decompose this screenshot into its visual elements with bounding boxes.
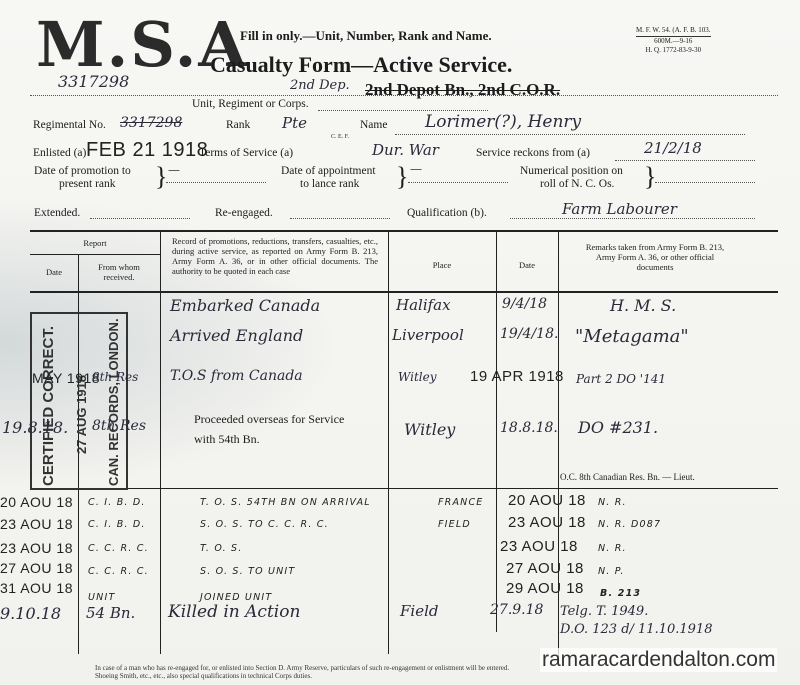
nco-label-2: roll of N. C. Os. bbox=[540, 178, 614, 190]
row-record: S. O. S. TO C. C. R. C. bbox=[200, 519, 329, 530]
name-value: Lorimer(?), Henry bbox=[425, 112, 581, 132]
row-date2: 23 AOU 18 bbox=[500, 538, 578, 555]
row-place-kia: Field bbox=[400, 602, 438, 620]
remarks-oc-signature: O.C. 8th Canadian Res. Bn. — Lieut. bbox=[560, 472, 695, 482]
header-date2: Date bbox=[498, 260, 556, 270]
row-record: T. O. S. 54TH BN ON ARRIVAL bbox=[200, 497, 371, 508]
date-arrived: 19/4/18. bbox=[500, 326, 558, 342]
record-tos-canada: T.O.S from Canada bbox=[170, 368, 303, 384]
promotion-value: — bbox=[168, 163, 180, 177]
name-dots bbox=[395, 134, 745, 135]
appointment-value: — bbox=[410, 162, 422, 176]
row-date2: 29 AOU 18 bbox=[506, 580, 584, 597]
row-from: C. C. R. C. bbox=[88, 566, 149, 577]
unit-handwritten: 2nd Dep. bbox=[290, 78, 350, 93]
unit-label: Unit, Regiment or Corps. bbox=[192, 98, 309, 110]
nco-label-1: Numerical position on bbox=[520, 165, 623, 177]
row-date: 27 AOU 18 bbox=[0, 560, 73, 576]
appointment-label-2: to lance rank bbox=[300, 178, 359, 190]
appointment-dots bbox=[408, 182, 508, 183]
from-8th-res: 8th Res bbox=[92, 370, 138, 384]
date-embarked: 9/4/18 bbox=[502, 296, 547, 312]
remarks-hms: H. M. S. bbox=[610, 296, 676, 315]
header-from-whom: From whom received. bbox=[82, 262, 156, 282]
record-embarked: Embarked Canada bbox=[170, 296, 320, 315]
row-remarks-do123: D.O. 123 d/ 11.10.1918 bbox=[560, 622, 712, 637]
divider bbox=[30, 95, 778, 96]
row-from-kia: 54 Bn. bbox=[86, 604, 135, 622]
date-19-apr-1918: 19 APR 1918 bbox=[470, 368, 564, 385]
unit-dots bbox=[318, 110, 488, 111]
name-label: Name bbox=[360, 119, 387, 131]
qualification-label: Qualification (b). bbox=[407, 207, 487, 219]
row-remarks-kia: Telg. T. 1949. bbox=[560, 604, 648, 619]
row-remarks: N. R. bbox=[598, 497, 627, 508]
row-remarks: N. R. bbox=[598, 543, 627, 554]
footnote-line1: In case of a man who has re-engaged for,… bbox=[95, 664, 509, 672]
enlisted-stamp: FEB 21 1918 bbox=[86, 139, 208, 162]
service-reckons-label: Service reckons from (a) bbox=[476, 147, 590, 159]
promotion-label-1: Date of promotion to bbox=[34, 165, 131, 177]
row-remarks: B. 213 bbox=[600, 588, 641, 599]
reengaged-dots bbox=[290, 218, 390, 219]
stamp-line3: CAN. RECORDS, LONDON. bbox=[106, 318, 121, 486]
form-title: Casualty Form—Active Service. bbox=[210, 52, 512, 78]
extended-label: Extended. bbox=[34, 207, 80, 219]
form-number-line3: H. Q. 1772-83-9-30 bbox=[636, 46, 711, 55]
row-date: 20 AOU 18 bbox=[0, 494, 73, 510]
footnote: In case of a man who has re-engaged for,… bbox=[95, 664, 509, 680]
row-from: UNIT bbox=[88, 592, 115, 603]
row-record: S. O. S. TO UNIT bbox=[200, 566, 295, 577]
row-record: T. O. S. bbox=[200, 543, 243, 554]
place-witley-1: Witley bbox=[398, 370, 437, 384]
report-subheader-line bbox=[30, 254, 160, 255]
brace: } bbox=[396, 164, 408, 190]
casualty-form-document: M.S.A Fill in only.—Unit, Number, Rank a… bbox=[0, 0, 800, 685]
enlisted-label: Enlisted (a) bbox=[33, 147, 86, 159]
col-divider-from bbox=[160, 232, 161, 654]
header-date: Date bbox=[30, 267, 78, 277]
qualification-value: Farm Labourer bbox=[562, 200, 677, 218]
col-divider-date2 bbox=[558, 232, 559, 662]
table-mid-border bbox=[30, 488, 778, 489]
col-divider-record bbox=[388, 232, 389, 654]
date-18-8-18: 18.8.18. bbox=[500, 420, 558, 436]
certified-correct-stamp: CERTIFIED CORRECT. 27 AUG 1918 CAN. RECO… bbox=[30, 312, 128, 490]
fill-instruction: Fill in only.—Unit, Number, Rank and Nam… bbox=[240, 28, 492, 44]
terms-label: Terms of Service (a) bbox=[199, 147, 293, 159]
footnote-line2: Shoeing Smith, etc., etc., also special … bbox=[95, 672, 509, 680]
row-date-kia: 9.10.18 bbox=[0, 604, 61, 623]
row-from: C. C. R. C. bbox=[88, 543, 149, 554]
watermark: ramaracardendalton.com bbox=[540, 648, 777, 672]
remarks-ship: "Metagama" bbox=[575, 326, 689, 347]
table-header-border bbox=[30, 291, 778, 293]
row-record-kia: Killed in Action bbox=[168, 602, 300, 622]
handwritten-number: 3317298 bbox=[58, 72, 129, 91]
row-date: 23 AOU 18 bbox=[0, 516, 73, 532]
date-may-1918: MAY 1918 bbox=[32, 370, 100, 386]
date-19-8-18: 19.8.18. bbox=[2, 418, 68, 437]
regimental-no-label: Regimental No. bbox=[33, 119, 106, 131]
service-reckons-value: 21/2/18 bbox=[644, 139, 702, 157]
table-top-border bbox=[30, 230, 778, 232]
row-place: FRANCE bbox=[438, 497, 484, 508]
record-arrived: Arrived England bbox=[170, 326, 303, 345]
form-number: M. F. W. 54. (A. F. B. 103. 600M.—9-16 H… bbox=[636, 26, 711, 55]
service-dots bbox=[615, 160, 755, 161]
row-place: FIELD bbox=[438, 519, 471, 530]
rank-value: Pte bbox=[282, 114, 307, 132]
qualification-dots bbox=[510, 218, 755, 219]
row-date2-kia: 27.9.18 bbox=[490, 602, 543, 618]
stamp-line2: 27 AUG 1918 bbox=[74, 375, 89, 454]
row-remarks: N. P. bbox=[598, 566, 625, 577]
place-liverpool: Liverpool bbox=[392, 326, 464, 344]
header-record: Record of promotions, reductions, transf… bbox=[172, 236, 378, 276]
row-date: 23 AOU 18 bbox=[0, 540, 73, 556]
reengaged-label: Re-engaged. bbox=[215, 207, 273, 219]
stamp-line1: CERTIFIED CORRECT. bbox=[40, 326, 57, 486]
brace: } bbox=[155, 164, 167, 190]
col-divider-place bbox=[496, 232, 497, 632]
record-proceeded-overseas: Proceeded overseas for Service with 54th… bbox=[194, 409, 364, 449]
header-remarks: Remarks taken from Army Form B. 213, Arm… bbox=[580, 242, 730, 272]
regimental-no-value: 3317298 bbox=[120, 115, 182, 131]
terms-value: Dur. War bbox=[372, 141, 439, 159]
promotion-label-2: present rank bbox=[59, 178, 116, 190]
remarks-part2: Part 2 DO '141 bbox=[576, 372, 666, 386]
cef-label: C. E. F. bbox=[331, 134, 349, 140]
row-date2: 27 AOU 18 bbox=[506, 560, 584, 577]
extended-dots bbox=[90, 218, 190, 219]
promotion-dots bbox=[166, 182, 266, 183]
brace: } bbox=[644, 164, 656, 190]
header-place: Place bbox=[390, 260, 494, 270]
appointment-label-1: Date of appointment bbox=[281, 165, 376, 177]
rank-label: Rank bbox=[226, 119, 250, 131]
form-number-line2: 600M.—9-16 bbox=[636, 37, 711, 46]
place-halifax: Halifax bbox=[396, 296, 451, 314]
unit-typed: 2nd Depot Bn., 2nd C.O.R. bbox=[365, 80, 560, 100]
row-from: C. I. B. D. bbox=[88, 497, 146, 508]
row-date2: 23 AOU 18 bbox=[508, 514, 586, 531]
row-date: 31 AOU 18 bbox=[0, 580, 73, 596]
place-witley-2: Witley bbox=[404, 420, 455, 439]
form-number-line1: M. F. W. 54. (A. F. B. 103. bbox=[636, 26, 711, 37]
row-remarks: N. R. D087 bbox=[598, 519, 661, 530]
nco-dots bbox=[655, 182, 755, 183]
header-report: Report bbox=[30, 238, 160, 248]
remarks-do-231: DO #231. bbox=[578, 418, 658, 437]
row-date2: 20 AOU 18 bbox=[508, 492, 586, 509]
from-8th-res-2: 8th Res bbox=[92, 418, 146, 434]
row-from: C. I. B. D. bbox=[88, 519, 146, 530]
